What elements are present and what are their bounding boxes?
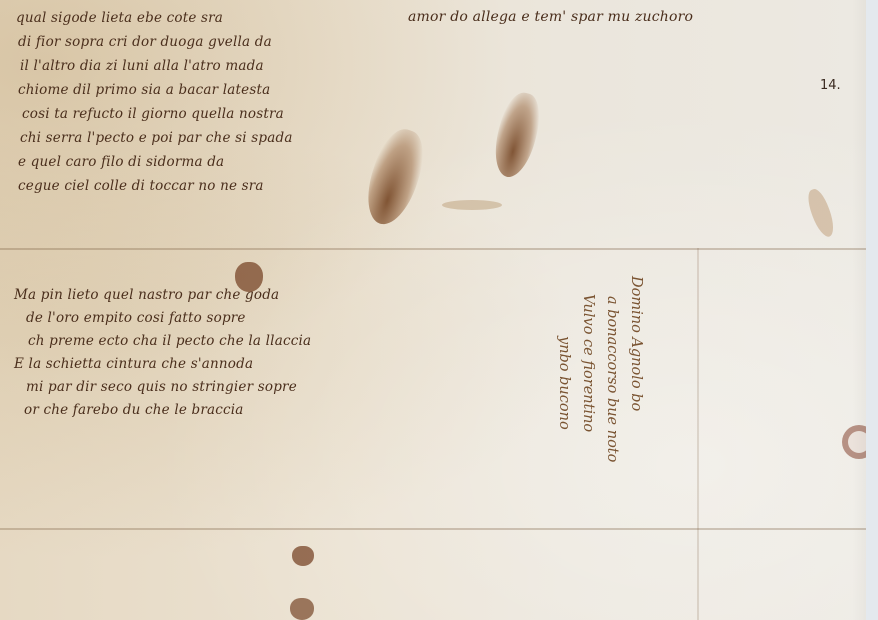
verse-line: chiome dil primo sia a bacar latesta [18,78,293,102]
lower-verse-block: Ma pin lieto quel nastro par che goda de… [14,284,311,422]
verse-line: e quel caro filo di sidorma da [18,150,293,174]
stain [442,200,502,210]
verse-line: de l'oro empito cosi fatto sopre [26,307,311,330]
verse-line: il l'altro dia zi luni alla l'atro mada [20,54,293,78]
page-number: 14. [820,78,841,93]
verse-line: or che farebo du che le braccia [24,399,311,422]
verse-line: cegue ciel colle di toccar no ne sra [18,174,293,198]
verse-line: mi par dir seco quis no stringier sopre [26,376,311,399]
fold-line-lower [0,528,866,530]
address-line: Vulvo ce fiorentino [576,294,600,462]
top-right-line: amor do allega e tem' spar mu zuchoro [408,5,693,29]
address-line: ynbo bucono [552,336,576,462]
verse-line: cosi ta refucto il giorno quella nostra [22,102,293,126]
verse-line: ch preme ecto cha il pecto che la llacci… [28,330,311,353]
verse-line: chi serra l'pecto e poi par che si spada [20,126,293,150]
verse-line: di fior sopra cri dor duoga gvella da [18,30,293,54]
stain [235,262,263,292]
fold-line-upper [0,248,866,250]
stain [292,546,314,566]
background-edge [866,0,878,620]
verse-line: Ma pin lieto quel nastro par che goda [14,284,311,307]
upper-verse-block: qual sigode lieta ebe cote sra di fior s… [16,6,293,198]
stain [290,598,314,620]
verse-line: E la schietta cintura che s'annoda [14,353,311,376]
ink-stain [358,123,432,230]
ink-stain [488,89,546,182]
address-line: Domino Agnolo bo [624,276,648,462]
address-block: Domino Agnolo bo a bonaccorso bue noto V… [552,276,648,462]
manuscript-page: amor do allega e tem' spar mu zuchoro 14… [0,0,866,620]
address-line: a bonaccorso bue noto [600,296,624,462]
fold-line-vertical [697,248,699,620]
verse-line: qual sigode lieta ebe cote sra [16,6,293,30]
stain [804,186,838,239]
